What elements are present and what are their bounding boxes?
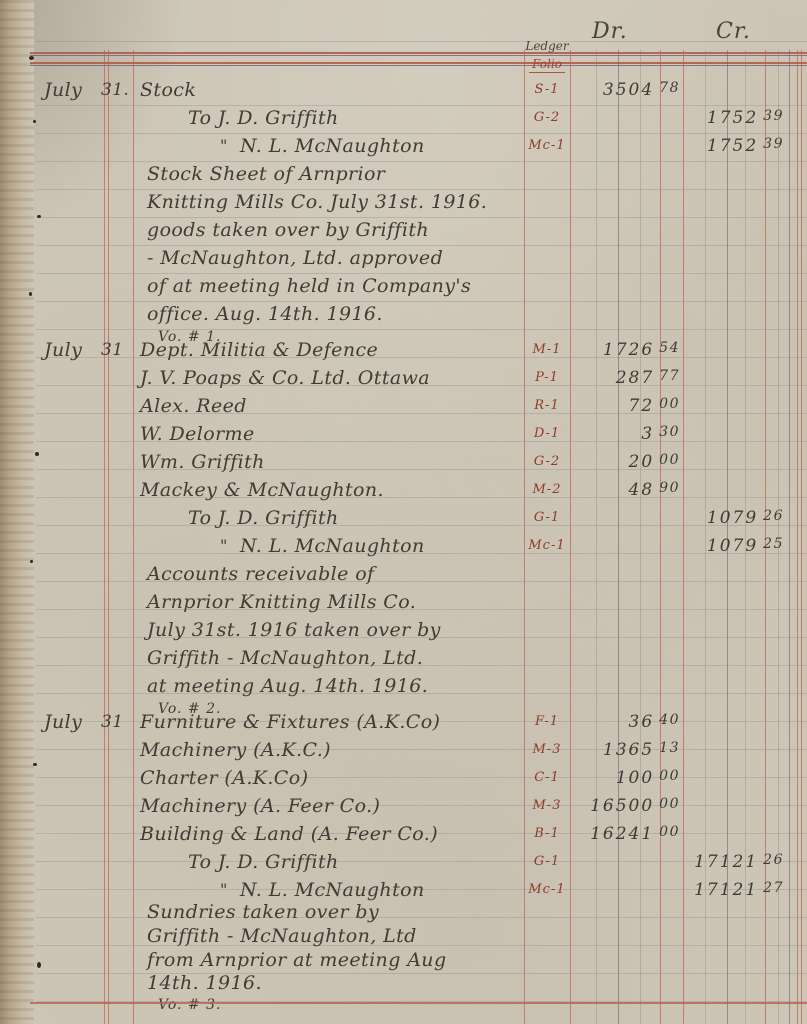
amount-cents: 00 (659, 396, 680, 412)
folio-ref: G-1 (524, 504, 570, 532)
debit-amount: 4890 (570, 476, 682, 505)
amount-cents: 39 (763, 136, 784, 152)
narrative-line: Knitting Mills Co. July 31st. 1916. (147, 188, 487, 216)
ditto-mark: " (220, 132, 228, 160)
narrative-row: of at meeting held in Company's (0, 272, 807, 300)
amount-cents: 00 (659, 796, 680, 812)
amount-dollars: 100 (616, 768, 654, 788)
folio-ref: Mc-1 (524, 532, 570, 560)
amount-cents: 13 (659, 740, 680, 756)
journal-row: "N. L. McNaughtonMc-1175239 (0, 132, 807, 160)
ink-speck (37, 215, 41, 218)
narrative-line: - McNaughton, Ltd. approved (147, 244, 443, 272)
amount-cents: 40 (659, 712, 680, 728)
credit-amount: 175239 (684, 132, 786, 161)
narrative-row: Griffith - McNaughton, Ltd. (0, 644, 807, 672)
amount-cents: 00 (659, 452, 680, 468)
folio-ref: B-1 (524, 820, 570, 848)
ink-speck (37, 962, 41, 968)
header-rule-purple-1 (30, 55, 807, 56)
entry-description: Machinery (A. Feer Co.) (140, 792, 380, 820)
entry-description: Charter (A.K.Co) (140, 764, 308, 792)
amount-dollars: 1365 (603, 740, 654, 760)
folio-ref: G-1 (524, 848, 570, 876)
debit-amount: 2000 (570, 448, 682, 477)
entry-description: N. L. McNaughton (240, 132, 425, 160)
amount-dollars: 16241 (590, 824, 654, 844)
amount-cents: 77 (659, 368, 680, 384)
amount-cents: 78 (659, 80, 680, 96)
amount-dollars: 72 (629, 396, 655, 416)
credit-amount: 107926 (684, 504, 786, 533)
journal-row: Machinery (A.K.C.)M-3136513 (0, 736, 807, 764)
entry-day: 31. (101, 76, 129, 104)
entry-description: Dept. Militia & Defence (140, 336, 378, 364)
entry-description: To J. D. Griffith (188, 848, 339, 876)
journal-row: To J. D. GriffithG-1107926 (0, 504, 807, 532)
ledger-page: Dr. Cr. Ledger Folio July31.StockS-13504… (0, 0, 807, 1024)
entry-description: W. Delorme (140, 420, 255, 448)
journal-row: Building & Land (A. Feer Co.)B-11624100 (0, 820, 807, 848)
journal-row: J. V. Poaps & Co. Ltd. OttawaP-128777 (0, 364, 807, 392)
ink-speck (33, 120, 36, 123)
amount-cents: 54 (659, 340, 680, 356)
journal-row: July31.StockS-1350478 (0, 76, 807, 104)
amount-dollars: 36 (629, 712, 655, 732)
amount-cents: 25 (763, 536, 784, 552)
folio-ref: G-2 (524, 448, 570, 476)
debit-amount: 350478 (570, 76, 682, 105)
amount-cents: 00 (659, 824, 680, 840)
entry-description: To J. D. Griffith (188, 104, 339, 132)
header-rule-red-2 (30, 62, 807, 64)
journal-row: Alex. ReedR-17200 (0, 392, 807, 420)
debit-amount: 7200 (570, 392, 682, 421)
entry-month: July (44, 708, 82, 736)
amount-cents: 26 (763, 852, 784, 868)
voucher-row: Vo. # 3. (0, 991, 807, 1019)
narrative-row: Stock Sheet of Arnprior (0, 160, 807, 188)
amount-cents: 30 (659, 424, 680, 440)
debit-amount: 28777 (570, 364, 682, 393)
narrative-line: Stock Sheet of Arnprior (147, 160, 385, 188)
narrative-line: Arnprior Knitting Mills Co. (147, 588, 416, 616)
narrative-row: Arnprior Knitting Mills Co. (0, 588, 807, 616)
entry-day: 31 (101, 336, 123, 364)
credit-amount: 1712126 (684, 848, 786, 877)
narrative-line: July 31st. 1916 taken over by (147, 616, 441, 644)
debit-amount: 1624100 (570, 820, 682, 849)
folio-ref: M-3 (524, 792, 570, 820)
narrative-line: of at meeting held in Company's (147, 272, 471, 300)
credit-column-header: Cr. (716, 19, 751, 44)
amount-cents: 26 (763, 508, 784, 524)
narrative-line: goods taken over by Griffith (147, 216, 429, 244)
ink-speck (35, 452, 39, 456)
folio-ref: P-1 (524, 364, 570, 392)
amount-dollars: 48 (629, 480, 655, 500)
debit-amount: 1650000 (570, 792, 682, 821)
entry-description: Machinery (A.K.C.) (140, 736, 331, 764)
amount-dollars: 1726 (603, 340, 654, 360)
entry-description: Furniture & Fixtures (A.K.Co) (140, 708, 440, 736)
journal-row: W. DelormeD-1330 (0, 420, 807, 448)
folio-ref: M-1 (524, 336, 570, 364)
journal-row: To J. D. GriffithG-2175239 (0, 104, 807, 132)
entry-description: To J. D. Griffith (188, 504, 339, 532)
entry-day: 31 (101, 708, 123, 736)
narrative-line: Accounts receivable of (147, 560, 375, 588)
entry-description: Alex. Reed (140, 392, 247, 420)
amount-dollars: 17121 (694, 852, 758, 872)
amount-dollars: 20 (629, 452, 655, 472)
folio-ref: C-1 (524, 764, 570, 792)
amount-dollars: 1079 (707, 536, 758, 556)
debit-amount: 330 (570, 420, 682, 449)
ditto-mark: " (220, 532, 228, 560)
amount-dollars: 17121 (694, 880, 758, 900)
debit-amount: 10000 (570, 764, 682, 793)
amount-dollars: 1752 (707, 136, 758, 156)
ledger-folio-header: Ledger Folio (524, 40, 570, 73)
folio-ref: G-2 (524, 104, 570, 132)
amount-dollars: 16500 (590, 796, 654, 816)
credit-amount: 107925 (684, 532, 786, 561)
voucher-number: Vo. # 3. (158, 991, 221, 1019)
amount-cents: 90 (659, 480, 680, 496)
folio-ref: Mc-1 (524, 132, 570, 160)
entry-description: Wm. Griffith (140, 448, 265, 476)
journal-row: Charter (A.K.Co)C-110000 (0, 764, 807, 792)
amount-dollars: 1752 (707, 108, 758, 128)
bottom-rule (30, 1002, 807, 1004)
narrative-row: Knitting Mills Co. July 31st. 1916. (0, 188, 807, 216)
journal-row: July31Furniture & Fixtures (A.K.Co)F-136… (0, 708, 807, 736)
narrative-row: Accounts receivable of (0, 560, 807, 588)
journal-row: To J. D. GriffithG-11712126 (0, 848, 807, 876)
amount-dollars: 3504 (603, 80, 654, 100)
ink-speck (29, 292, 32, 296)
header-rule-purple-2 (30, 65, 807, 66)
folio-ref: M-3 (524, 736, 570, 764)
journal-row: Mackey & McNaughton.M-24890 (0, 476, 807, 504)
journal-row: "N. L. McNaughtonMc-1107925 (0, 532, 807, 560)
entry-description: Building & Land (A. Feer Co.) (140, 820, 438, 848)
ink-speck (30, 560, 33, 563)
debit-amount: 136513 (570, 736, 682, 765)
journal-row: Wm. GriffithG-22000 (0, 448, 807, 476)
amount-cents: 27 (763, 880, 784, 896)
entry-description: J. V. Poaps & Co. Ltd. Ottawa (140, 364, 430, 392)
entry-description: N. L. McNaughton (240, 532, 425, 560)
entry-month: July (44, 76, 82, 104)
top-margin-line (36, 41, 807, 42)
amount-cents: 39 (763, 108, 784, 124)
folio-ref: F-1 (524, 708, 570, 736)
entry-description: Mackey & McNaughton. (140, 476, 384, 504)
debit-amount: 3640 (570, 708, 682, 737)
ink-speck (33, 763, 37, 766)
folio-ref: S-1 (524, 76, 570, 104)
amount-dollars: 287 (616, 368, 654, 388)
header-rule-red-1 (30, 52, 807, 54)
folio-ref: R-1 (524, 392, 570, 420)
debit-amount: 172654 (570, 336, 682, 365)
amount-dollars: 1079 (707, 508, 758, 528)
credit-amount: 175239 (684, 104, 786, 133)
ledger-folio-header-line1: Ledger (524, 40, 570, 53)
entry-month: July (44, 336, 82, 364)
narrative-row: July 31st. 1916 taken over by (0, 616, 807, 644)
folio-ref: M-2 (524, 476, 570, 504)
entry-description: Stock (140, 76, 196, 104)
narrative-row: goods taken over by Griffith (0, 216, 807, 244)
narrative-row: - McNaughton, Ltd. approved (0, 244, 807, 272)
debit-column-header: Dr. (592, 19, 628, 44)
journal-row: July31Dept. Militia & DefenceM-1172654 (0, 336, 807, 364)
amount-dollars: 3 (641, 424, 654, 444)
ink-speck (29, 56, 34, 60)
folio-ref: D-1 (524, 420, 570, 448)
journal-row: Machinery (A. Feer Co.)M-31650000 (0, 792, 807, 820)
narrative-line: Griffith - McNaughton, Ltd. (147, 644, 423, 672)
ledger-folio-header-line2: Folio (529, 57, 565, 73)
amount-cents: 00 (659, 768, 680, 784)
